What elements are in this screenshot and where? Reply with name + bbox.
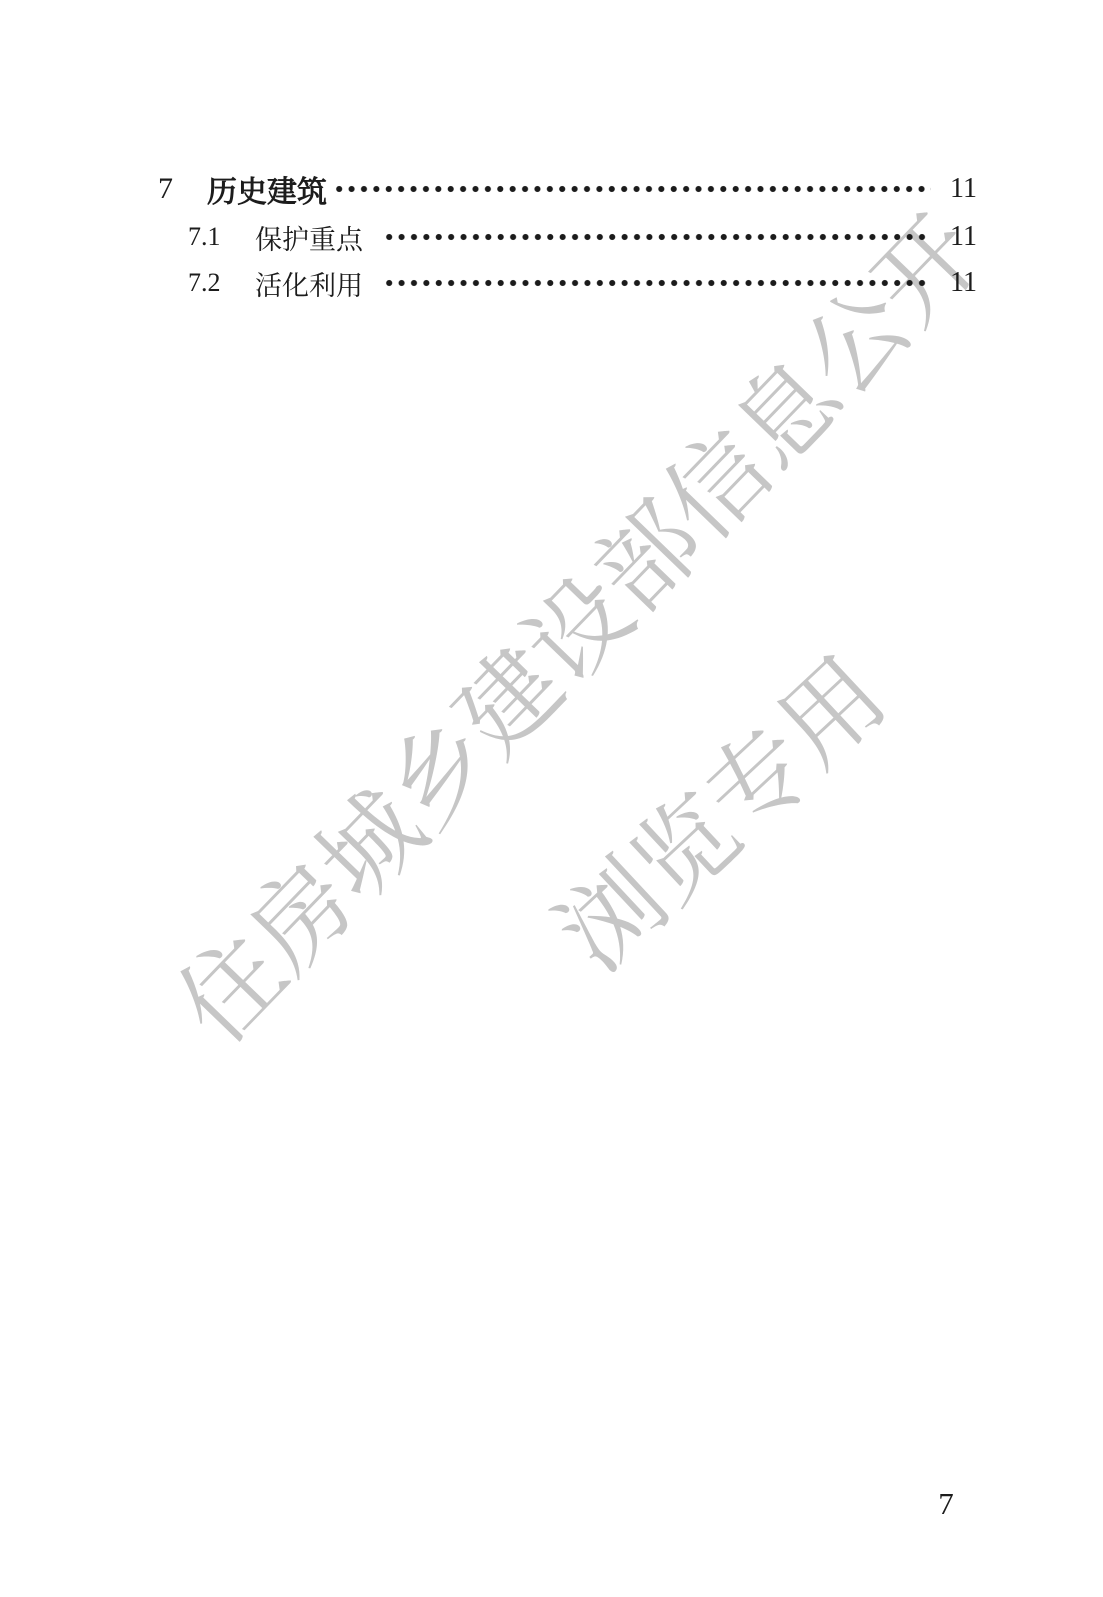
toc-entry-number: 7 (158, 172, 178, 206)
toc-entry-title: 历史建筑 (207, 167, 327, 211)
toc-entry-number: 7.2 (188, 268, 223, 298)
toc-entry: 7.2 活化利用 11 (158, 266, 977, 300)
dot-leader (333, 182, 931, 196)
toc-entry: 7.1 保护重点 11 (158, 220, 977, 254)
toc-entry-page: 11 (947, 221, 977, 253)
dot-leader (383, 276, 931, 290)
table-of-contents: 7 历史建筑 11 7.1 保护重点 11 7.2 活化利用 11 (158, 170, 977, 300)
toc-entry-page: 11 (947, 173, 977, 205)
toc-entry-title: 活化利用 (255, 264, 363, 303)
page-number: 7 (900, 1486, 992, 1522)
toc-entry: 7 历史建筑 11 (158, 170, 977, 208)
dot-leader (383, 230, 931, 244)
toc-entry-page: 11 (947, 267, 977, 299)
toc-entry-title: 保护重点 (255, 218, 363, 257)
toc-entry-number: 7.1 (188, 222, 223, 252)
